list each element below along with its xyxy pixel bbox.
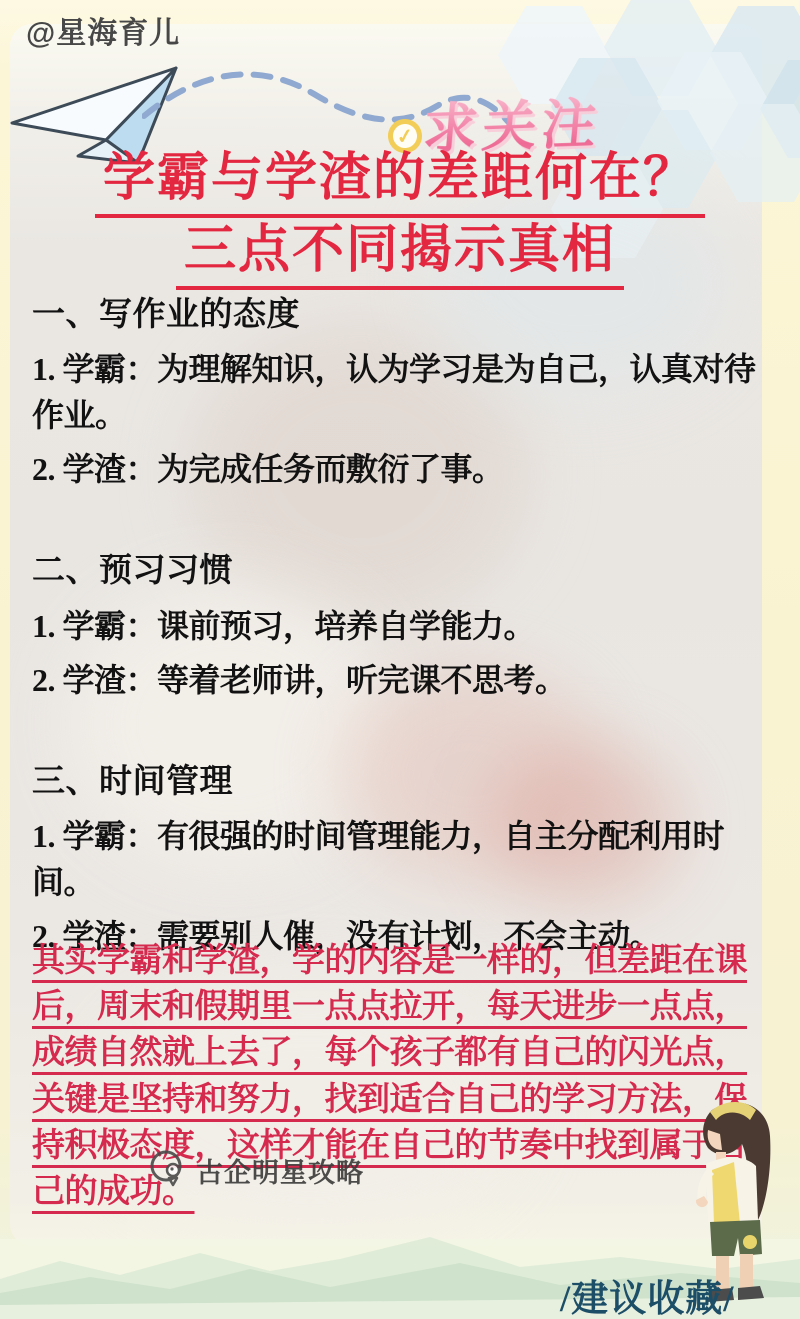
section-heading: 一、写作业的态度 [32, 292, 774, 338]
section-item: 2. 学渣：为完成任务而敷衍了事。 [32, 446, 774, 492]
section-item: 1. 学霸：为理解知识，认为学习是为自己，认真对待作业。 [32, 346, 774, 438]
poster: @星海育儿 ✓ 求关注 学霸与学渣的差距何在？ 三点不同揭示真相 一、写作业的态… [0, 0, 800, 1319]
watermark: 古企明星攻略 [148, 1148, 364, 1192]
title-line-1: 学霸与学渣的差距何在？ [95, 150, 705, 218]
section-heading: 二、预习习惯 [32, 548, 774, 594]
section-heading: 三、时间管理 [32, 759, 774, 805]
username: @星海育儿 [26, 8, 180, 52]
save-suggestion-label: /建议收藏/ [560, 1268, 735, 1319]
section-item: 1. 学霸：有很强的时间管理能力，自主分配利用时间。 [32, 813, 774, 905]
watermark-logo-icon [148, 1148, 188, 1192]
conclusion-paragraph: 其实学霸和学渣，学的内容是一样的，但差距在课后，周末和假期里一点点拉开，每天进步… [32, 938, 772, 1215]
title-line-2: 三点不同揭示真相 [176, 222, 624, 290]
section-time-management: 三、时间管理 1. 学霸：有很强的时间管理能力，自主分配利用时间。 2. 学渣：… [32, 759, 774, 959]
section-homework-attitude: 一、写作业的态度 1. 学霸：为理解知识，认为学习是为自己，认真对待作业。 2.… [32, 292, 774, 492]
section-preview-habit: 二、预习习惯 1. 学霸：课前预习，培养自学能力。 2. 学渣：等着老师讲，听完… [32, 548, 774, 702]
watermark-label: 古企明星攻略 [196, 1151, 364, 1190]
section-item: 1. 学霸：课前预习，培养自学能力。 [32, 603, 774, 649]
section-item: 2. 学渣：等着老师讲，听完课不思考。 [32, 657, 774, 703]
body-content: 一、写作业的态度 1. 学霸：为理解知识，认为学习是为自己，认真对待作业。 2.… [32, 292, 774, 1015]
page-title: 学霸与学渣的差距何在？ 三点不同揭示真相 [0, 150, 800, 290]
